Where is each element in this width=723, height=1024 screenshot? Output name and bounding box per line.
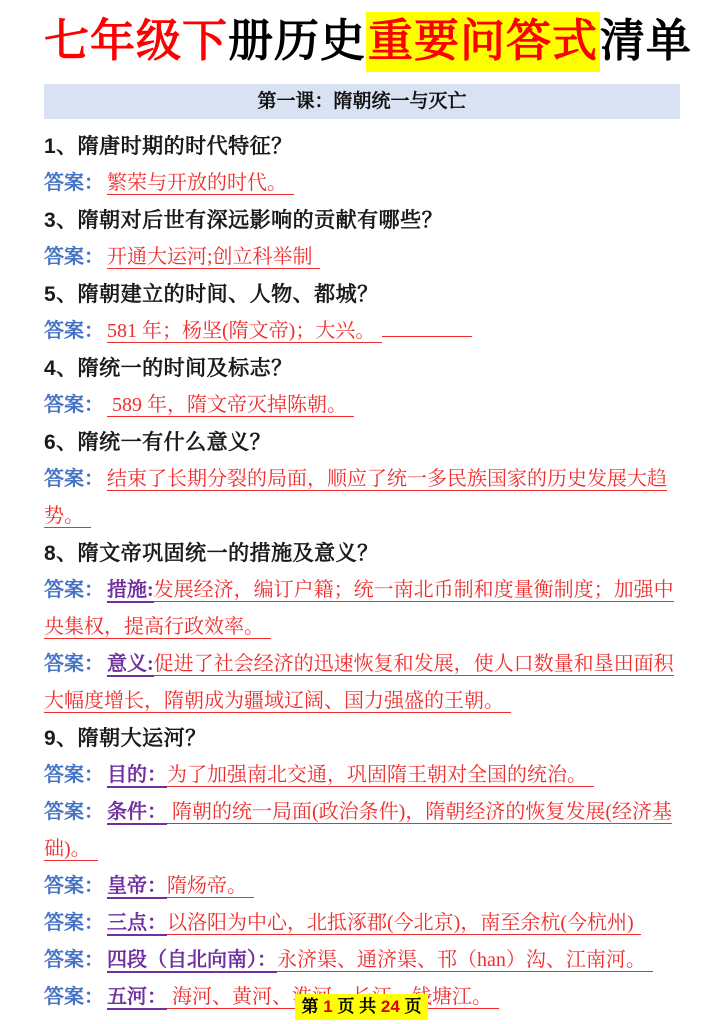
answer-row: 答案：繁荣与开放的时代。	[44, 165, 680, 202]
question-text: 3、隋朝对后世有深远影响的贡献有哪些？	[44, 209, 443, 232]
question-row: 9、隋朝大运河？	[44, 720, 680, 757]
page-number: 1	[323, 997, 332, 1016]
answer-text: 为了加强南北交通，巩固隋王朝对全国的统治。	[167, 764, 594, 787]
answer-text: 结束了长期分裂的局面，顺应了统一多民族国家的历史发展大趋势。	[44, 468, 667, 528]
answer-sublabel: 条件：	[107, 801, 167, 825]
question-text: 6、隋统一有什么意义？	[44, 431, 271, 454]
answer-row: 答案：开通大运河;创立科举制	[44, 239, 680, 276]
answer-sublabel: 目的：	[107, 764, 167, 788]
answer-text: 繁荣与开放的时代。	[107, 172, 294, 195]
answer-row: 答案：皇帝：隋炀帝。	[44, 868, 680, 905]
question-text: 1、隋唐时期的时代特征？	[44, 135, 293, 158]
answer-sublabel: 三点：	[107, 912, 167, 936]
footer-prefix: 第	[301, 997, 323, 1016]
answer-row: 答案：三点：以洛阳为中心，北抵涿郡(今北京)，南至余杭(今杭州)	[44, 905, 680, 942]
answer-text: 589 年，隋文帝灭掉陈朝。	[107, 394, 354, 417]
title-part-black: 册历史	[228, 16, 366, 66]
answer-label: 答案：	[44, 912, 104, 934]
answer-sublabel: 皇帝：	[107, 875, 167, 899]
title-highlight: 重要问答式	[366, 12, 600, 72]
answer-label: 答案：	[44, 468, 104, 490]
page-title: 七年级下册历史重要问答式清单	[44, 10, 680, 72]
blank-underline	[382, 317, 472, 337]
answer-text: 开通大运河;创立科举制	[107, 246, 320, 269]
section-header: 第一课：隋朝统一与灭亡	[44, 84, 680, 119]
title-part-tail: 清单	[600, 16, 692, 66]
answer-row: 答案：意义:促进了社会经济的迅速恢复和发展，使人口数量和垦田面积大幅度增长，隋朝…	[44, 646, 680, 720]
question-text: 9、隋朝大运河？	[44, 727, 207, 750]
answer-label: 答案：	[44, 579, 104, 601]
question-row: 6、隋统一有什么意义？	[44, 424, 680, 461]
question-text: 8、隋文帝巩固统一的措施及意义？	[44, 542, 379, 565]
question-row: 3、隋朝对后世有深远影响的贡献有哪些？	[44, 202, 680, 239]
question-row: 1、隋唐时期的时代特征？	[44, 128, 680, 165]
question-row: 5、隋朝建立的时间、人物、都城？	[44, 276, 680, 313]
qa-list: 1、隋唐时期的时代特征？ 答案：繁荣与开放的时代。 3、隋朝对后世有深远影响的贡…	[44, 128, 680, 1016]
page-footer: 第 1 页 共 24 页	[0, 994, 723, 1020]
answer-row: 答案：目的：为了加强南北交通，巩固隋王朝对全国的统治。	[44, 757, 680, 794]
answer-label: 答案：	[44, 172, 104, 194]
answer-label: 答案：	[44, 764, 104, 786]
answer-row: 答案：条件： 隋朝的统一局面(政治条件)，隋朝经济的恢复发展(经济基础)。	[44, 794, 680, 868]
answer-label: 答案：	[44, 394, 104, 416]
question-row: 8、隋文帝巩固统一的措施及意义？	[44, 535, 680, 572]
answer-label: 答案：	[44, 246, 104, 268]
question-text: 4、隋统一的时间及标志？	[44, 357, 293, 380]
answer-label: 答案：	[44, 949, 104, 971]
question-text: 5、隋朝建立的时间、人物、都城？	[44, 283, 379, 306]
answer-label: 答案：	[44, 320, 104, 342]
answer-sublabel: 意义:	[107, 653, 154, 677]
answer-sublabel: 四段（自北向南）：	[107, 949, 277, 973]
answer-row: 答案： 589 年，隋文帝灭掉陈朝。	[44, 387, 680, 424]
answer-label: 答案：	[44, 875, 104, 897]
footer-suffix: 页	[400, 997, 422, 1016]
title-part-red: 七年级下	[44, 16, 228, 66]
footer-middle: 页 共	[333, 997, 381, 1016]
answer-row: 答案：措施:发展经济，编订户籍；统一南北币制和度量衡制度；加强中央集权，提高行政…	[44, 572, 680, 646]
total-pages: 24	[381, 997, 400, 1016]
answer-text: 永济渠、通济渠、邗（han）沟、江南河。	[277, 949, 653, 972]
answer-label: 答案：	[44, 801, 104, 823]
answer-sublabel: 措施:	[107, 579, 154, 603]
answer-row: 答案：581 年；杨坚(隋文帝)；大兴。	[44, 313, 680, 350]
answer-row: 答案：四段（自北向南）：永济渠、通济渠、邗（han）沟、江南河。	[44, 942, 680, 979]
answer-text: 隋炀帝。	[167, 875, 254, 898]
answer-text: 581 年；杨坚(隋文帝)；大兴。	[107, 320, 382, 343]
question-row: 4、隋统一的时间及标志？	[44, 350, 680, 387]
document-page: 七年级下册历史重要问答式清单 第一课：隋朝统一与灭亡 1、隋唐时期的时代特征？ …	[0, 0, 723, 1024]
answer-text: 以洛阳为中心，北抵涿郡(今北京)，南至余杭(今杭州)	[167, 912, 641, 935]
page-number-badge: 第 1 页 共 24 页	[295, 994, 427, 1020]
answer-row: 答案：结束了长期分裂的局面，顺应了统一多民族国家的历史发展大趋势。	[44, 461, 680, 535]
answer-label: 答案：	[44, 653, 104, 675]
